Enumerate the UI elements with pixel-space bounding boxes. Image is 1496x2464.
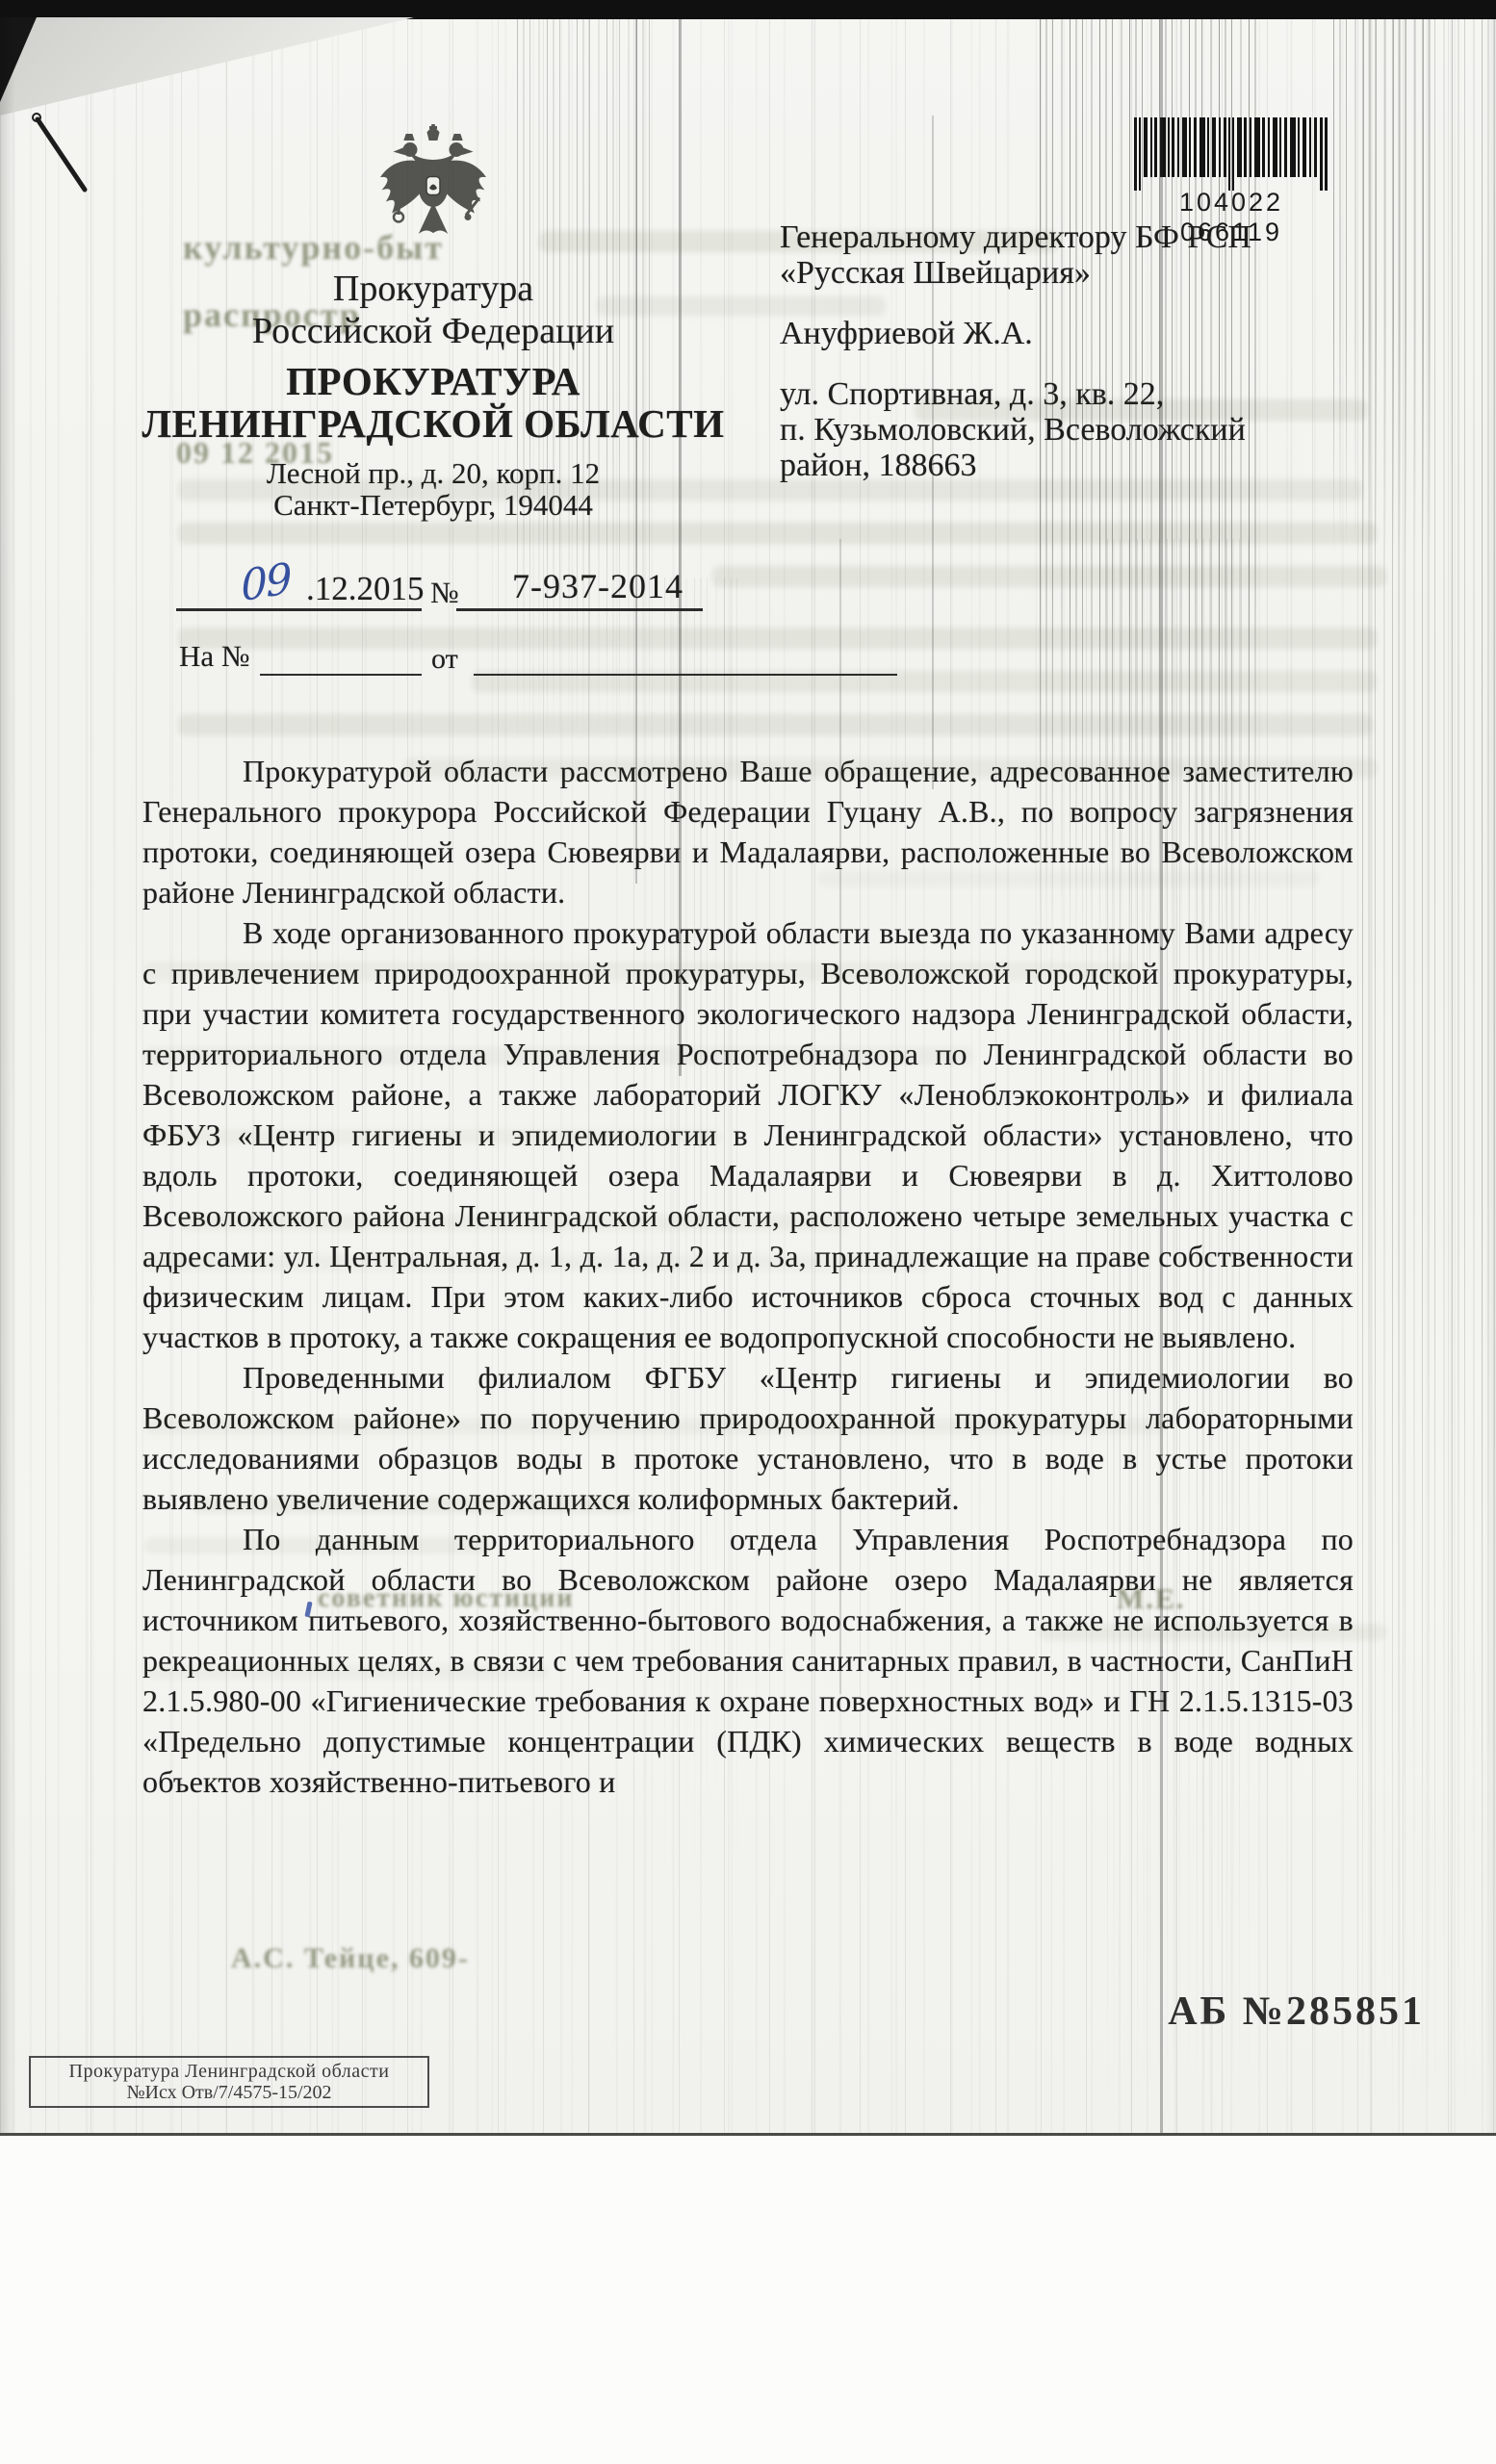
stamp-org-name: Прокуратура Ленинградской области bbox=[31, 2061, 427, 2082]
coat-of-arms-emblem-icon bbox=[375, 123, 491, 256]
body-paragraph-1: Прокуратурой области рассмотрено Ваше об… bbox=[142, 751, 1354, 912]
registration-stamp: Прокуратура Ленинградской области №Исх О… bbox=[29, 2056, 429, 2108]
body-paragraph-3: Проведенными филиалом ФГБУ «Центр гигиен… bbox=[142, 1357, 1354, 1519]
reply-date-underline bbox=[474, 674, 897, 676]
recipient-address-line3: район, 188663 bbox=[780, 448, 1396, 483]
blank-series-number: АБ №285851 bbox=[1078, 1989, 1425, 2035]
outgoing-number: 7-937-2014 bbox=[512, 566, 684, 606]
letterhead-org-name1: ПРОКУРАТУРА bbox=[135, 360, 732, 402]
recipient-line2: «Русская Швейцария» bbox=[780, 255, 1396, 291]
stamp-outgoing-number: №Исх Отв/7/4575-15/202 bbox=[31, 2082, 427, 2103]
letterhead-address-line1: Лесной пр., д. 20, корп. 12 bbox=[135, 457, 732, 489]
recipient-line1: Генеральному директору БФ РСП bbox=[780, 219, 1396, 255]
letterhead: Прокуратура Российской Федерации ПРОКУРА… bbox=[135, 268, 732, 521]
body-paragraph-4: По данным территориального отдела Управл… bbox=[142, 1519, 1354, 1802]
date-month-year: .12.2015 bbox=[306, 570, 425, 608]
scan-edge-top bbox=[0, 0, 1496, 19]
scanned-letter-page: культурно-быт распростр 09 12 2015 совет… bbox=[0, 0, 1496, 2464]
recipient-address-line1: ул. Спортивная, д. 3, кв. 22, bbox=[780, 376, 1396, 412]
scan-edge-left-shadow bbox=[0, 17, 15, 2135]
bleedthrough-smudge bbox=[178, 714, 1372, 735]
bleedthrough-fragment: А.С. Тейце, 609- bbox=[231, 1942, 470, 1975]
barcode-bars-icon bbox=[1134, 117, 1328, 194]
bleedthrough-smudge bbox=[178, 523, 1377, 544]
recipient-name: Ануфриевой Ж.А. bbox=[780, 316, 1396, 351]
reply-to-number-label: На № bbox=[179, 639, 249, 674]
handwritten-date-day: 09 bbox=[240, 554, 292, 611]
scan-edge-right-shadow bbox=[1484, 17, 1496, 2135]
bleedthrough-smudge bbox=[178, 628, 1377, 649]
letterhead-address-line2: Санкт-Петербург, 194044 bbox=[135, 489, 732, 521]
letterhead-org-line1: Прокуратура bbox=[135, 268, 732, 310]
reply-from-label: от bbox=[431, 643, 458, 676]
number-sign: № bbox=[430, 576, 459, 610]
recipient-address-line2: п. Кузьмоловский, Всеволожский bbox=[780, 412, 1396, 448]
reply-number-underline bbox=[260, 674, 422, 676]
letterhead-org-name2: ЛЕНИНГРАДСКОЙ ОБЛАСТИ bbox=[135, 402, 732, 445]
pen-stroke-mark bbox=[27, 108, 94, 199]
bleedthrough-smudge bbox=[712, 566, 1386, 587]
body-paragraph-2: В ходе организованного прокуратурой обла… bbox=[142, 912, 1354, 1357]
scanner-background-below-page bbox=[0, 2136, 1496, 2464]
letter-body: Прокуратурой области рассмотрено Ваше об… bbox=[142, 751, 1354, 1802]
date-underline bbox=[176, 608, 422, 611]
letterhead-org-line2: Российской Федерации bbox=[135, 310, 732, 352]
number-underline bbox=[456, 608, 703, 611]
recipient-block: Генеральному директору БФ РСП «Русская Ш… bbox=[780, 219, 1396, 483]
